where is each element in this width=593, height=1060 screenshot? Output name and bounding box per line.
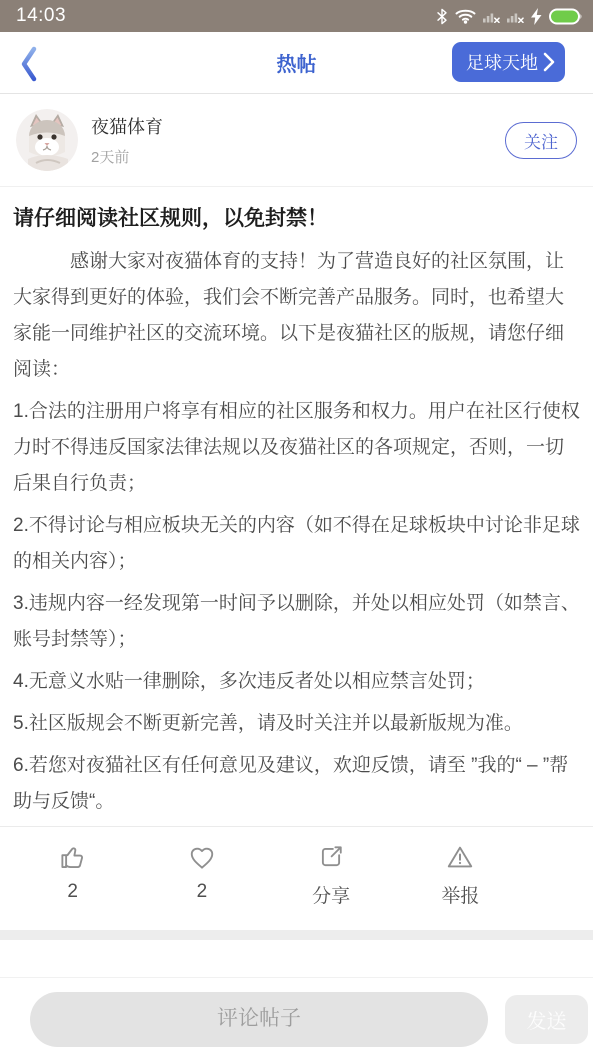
- like-count: 2: [67, 881, 78, 903]
- board-link-label: 足球天地: [466, 49, 538, 75]
- board-link-button[interactable]: 足球天地: [452, 42, 565, 82]
- back-chevron-icon: [18, 45, 40, 83]
- signal-no-service-icon: [507, 9, 524, 23]
- post-paragraph: 1.合法的注册用户将享有相应的社区服务和权力。用户在社区行使权力时不得违反国家法…: [13, 394, 580, 502]
- comment-bar: 发送: [0, 977, 593, 1060]
- status-bar: 14:03: [0, 0, 593, 32]
- page-title: 热帖: [277, 48, 317, 77]
- signal-no-service-icon: [483, 9, 500, 23]
- post-paragraph: 5.社区版规会不断更新完善，请及时关注并以最新版规为准。: [13, 706, 580, 742]
- post-body: 感谢大家对夜猫体育的支持！为了营造良好的社区氛围，让大家得到更好的体验，我们会不…: [13, 244, 580, 820]
- heart-icon: [187, 842, 217, 872]
- report-label: 举报: [441, 881, 479, 908]
- follow-button[interactable]: 关注: [505, 122, 577, 159]
- post-title: 请仔细阅读社区规则，以免封禁！: [13, 202, 580, 232]
- cat-avatar-image: [16, 109, 78, 171]
- share-button[interactable]: 分享: [267, 842, 396, 908]
- back-button[interactable]: [18, 44, 50, 84]
- battery-icon: [549, 8, 583, 25]
- favorite-count: 2: [197, 881, 208, 903]
- share-icon: [316, 842, 346, 872]
- post-header: 夜猫体育 2天前 关注: [0, 94, 593, 187]
- post-paragraph: 感谢大家对夜猫体育的支持！为了营造良好的社区氛围，让大家得到更好的体验，我们会不…: [13, 244, 580, 388]
- post-paragraph: 4.无意义水贴一律删除，多次违反者处以相应禁言处罚；: [13, 664, 580, 700]
- author-name: 夜猫体育: [91, 113, 505, 139]
- post-paragraph: 2.不得讨论与相应板块无关的内容（如不得在足球板块中讨论非足球的相关内容）；: [13, 508, 580, 580]
- thumbs-up-icon: [58, 842, 88, 872]
- warning-icon: [445, 842, 475, 872]
- bluetooth-icon: [436, 8, 448, 25]
- status-icons: [436, 8, 583, 25]
- post-timestamp: 2天前: [91, 146, 505, 167]
- chevron-right-icon: [542, 52, 555, 72]
- author-info: 夜猫体育 2天前: [91, 113, 505, 167]
- post-paragraph: 3.违规内容一经发现第一时间予以删除，并处以相应处罚（如禁言、账号封禁等）；: [13, 586, 580, 658]
- wifi-icon: [455, 8, 476, 24]
- send-button[interactable]: 发送: [505, 995, 588, 1044]
- comment-input[interactable]: [30, 992, 488, 1047]
- bottom-gap: [0, 940, 593, 977]
- app-screen: 14:03: [0, 0, 593, 1060]
- like-button[interactable]: 2: [8, 842, 137, 908]
- section-divider: [0, 930, 593, 940]
- post-action-bar: 2 2 分享: [0, 826, 593, 924]
- author-avatar[interactable]: [16, 109, 78, 171]
- nav-bar: 热帖 足球天地: [0, 32, 593, 94]
- report-button[interactable]: 举报: [396, 842, 525, 908]
- charging-bolt-icon: [531, 8, 542, 25]
- post-paragraph: 6.若您对夜猫社区有任何意见及建议，欢迎反馈，请至 ”我的“ – ”帮助与反馈“…: [13, 748, 580, 820]
- favorite-button[interactable]: 2: [137, 842, 266, 908]
- clock: 14:03: [16, 5, 66, 27]
- post-content: 请仔细阅读社区规则，以免封禁！ 感谢大家对夜猫体育的支持！为了营造良好的社区氛围…: [0, 187, 593, 820]
- share-label: 分享: [312, 881, 350, 908]
- bottom-area: 发送: [0, 930, 593, 1060]
